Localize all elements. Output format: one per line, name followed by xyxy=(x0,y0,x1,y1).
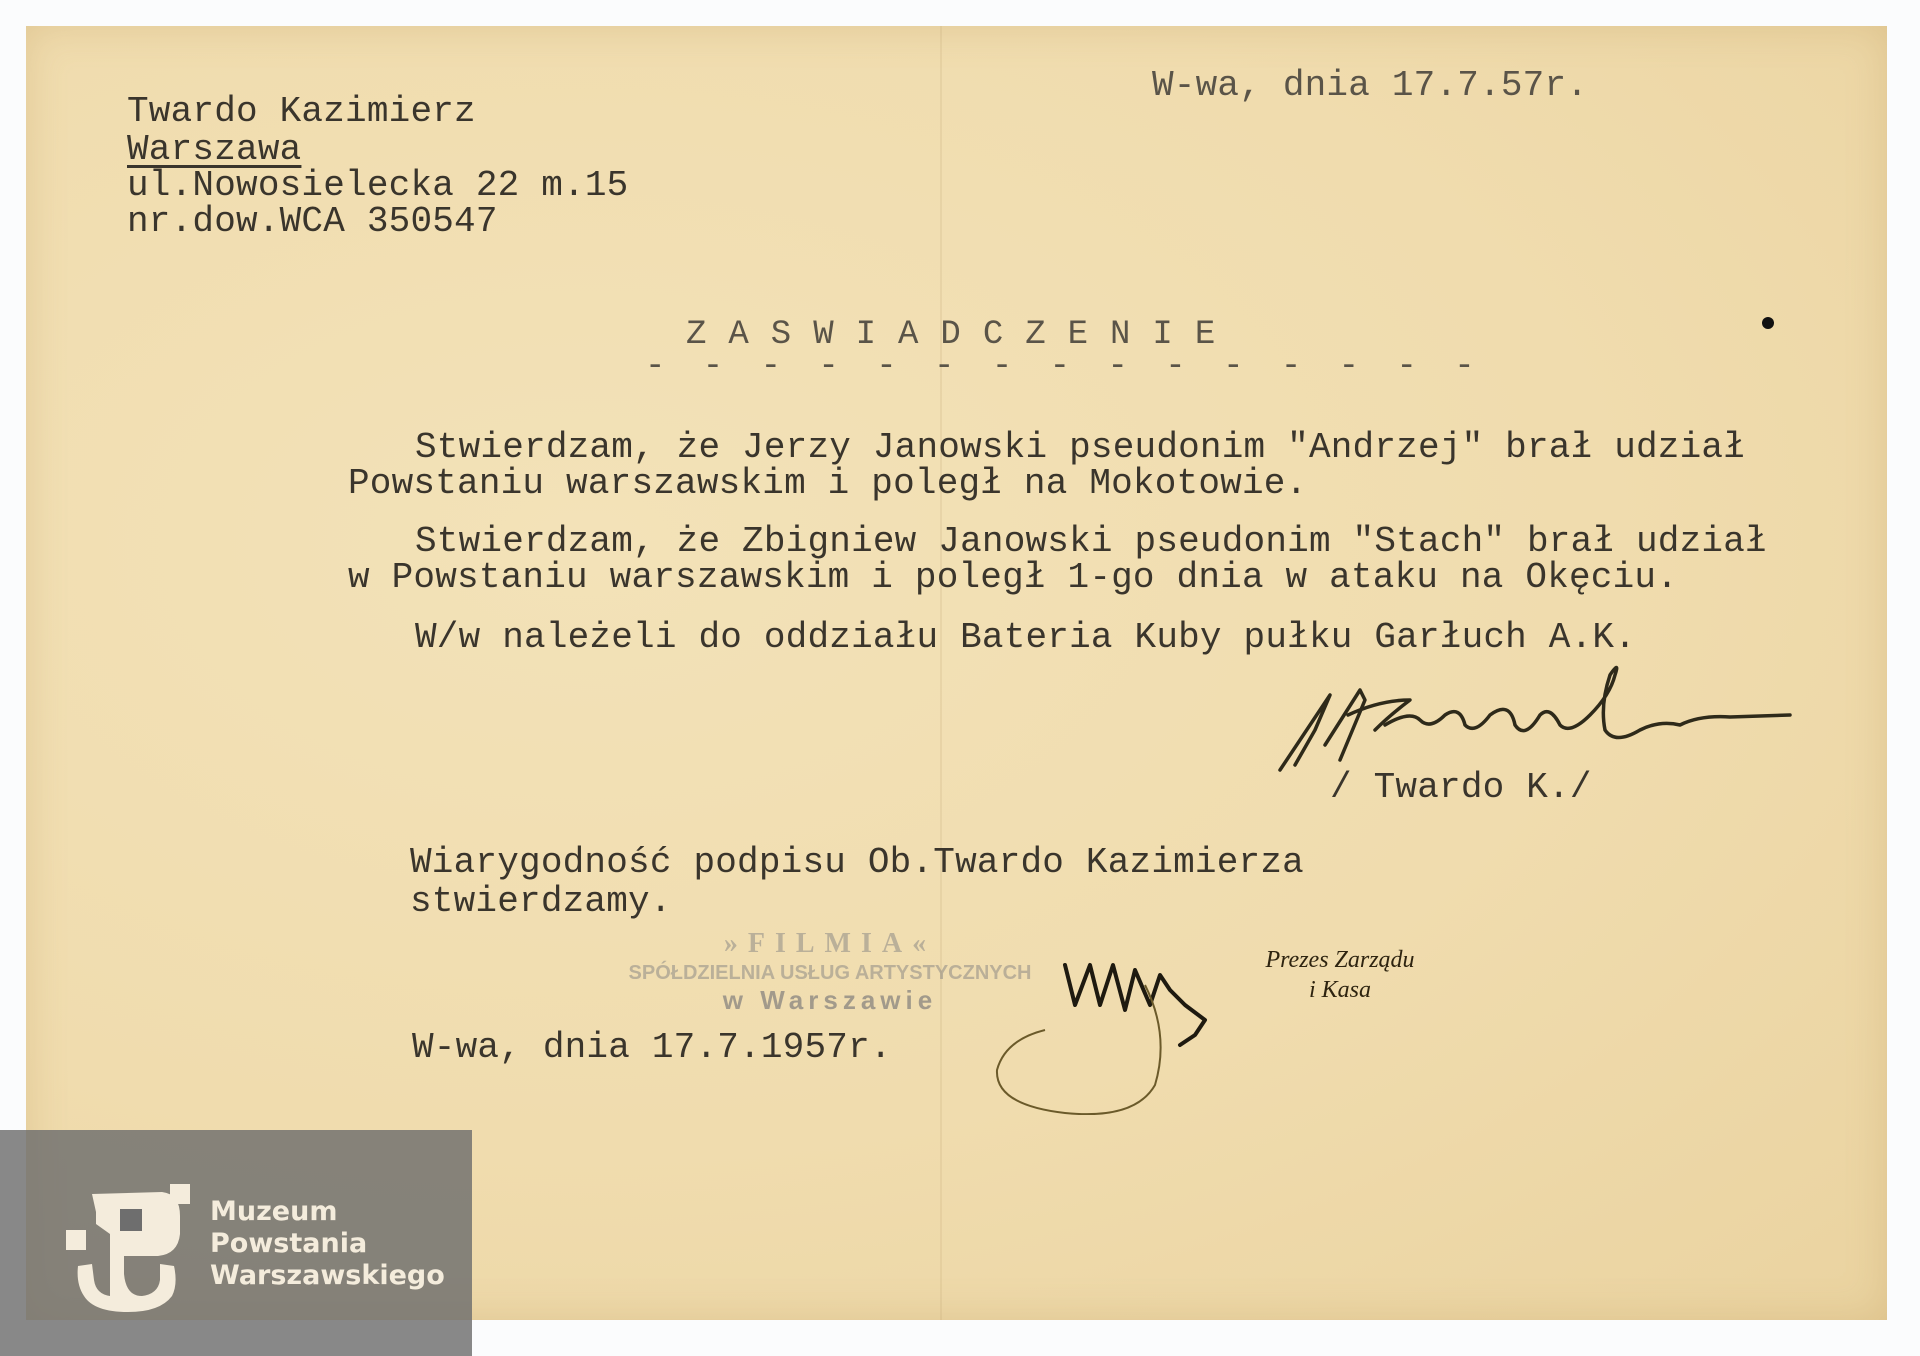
museum-logo-watermark: Muzeum Powstania Warszawskiego xyxy=(0,1130,472,1356)
certification-line-1: Wiarygodność podpisu Ob.Twardo Kazimierz… xyxy=(410,845,1304,881)
document-title: ZASWIADCZENIE xyxy=(686,318,1237,352)
paragraph-3-line-1: W/w należeli do oddziału Bateria Kuby pu… xyxy=(415,620,1636,656)
title-underline: - - - - - - - - - - - - - - - xyxy=(645,350,1483,384)
paragraph-2-line-1: Stwierdzam, że Zbigniew Janowski pseudon… xyxy=(415,524,1767,560)
paragraph-1-line-2: Powstaniu warszawskim i poległ na Mokoto… xyxy=(348,466,1307,502)
museum-logo-text: Muzeum Powstania Warszawskiego xyxy=(210,1196,445,1292)
sender-address: ul.Nowosielecka 22 m.15 xyxy=(127,168,628,204)
handwritten-note-line-1: Prezes Zarządu xyxy=(1250,945,1430,975)
signature-name-label: / Twardo K./ xyxy=(1330,770,1592,806)
museum-logo-line-1: Muzeum xyxy=(210,1196,445,1228)
sender-id-number: nr.dow.WCA 350547 xyxy=(127,204,498,240)
museum-logo-line-2: Powstania xyxy=(210,1228,445,1260)
kotwica-anchor-icon xyxy=(62,1184,192,1314)
sender-city: Warszawa xyxy=(127,132,301,168)
date-bottom: W-wa, dnia 17.7.1957r. xyxy=(412,1030,892,1066)
paragraph-2-line-2: w Powstaniu warszawskim i poległ 1-go dn… xyxy=(348,560,1678,596)
signature-cooperative xyxy=(985,945,1245,1115)
date-top: W-wa, dnia 17.7.57r. xyxy=(1152,68,1588,104)
certification-line-2: stwierdzamy. xyxy=(410,884,672,920)
museum-logo-line-3: Warszawskiego xyxy=(210,1260,445,1292)
handwritten-note: Prezes Zarządu i Kasa xyxy=(1250,945,1430,1005)
ink-dot xyxy=(1762,317,1774,329)
handwritten-note-line-2: i Kasa xyxy=(1250,975,1430,1005)
sender-name: Twardo Kazimierz xyxy=(127,94,476,130)
signature-twardo xyxy=(1270,655,1800,785)
paragraph-1-line-1: Stwierdzam, że Jerzy Janowski pseudonim … xyxy=(415,430,1745,466)
paper-fold-line xyxy=(940,26,942,1320)
